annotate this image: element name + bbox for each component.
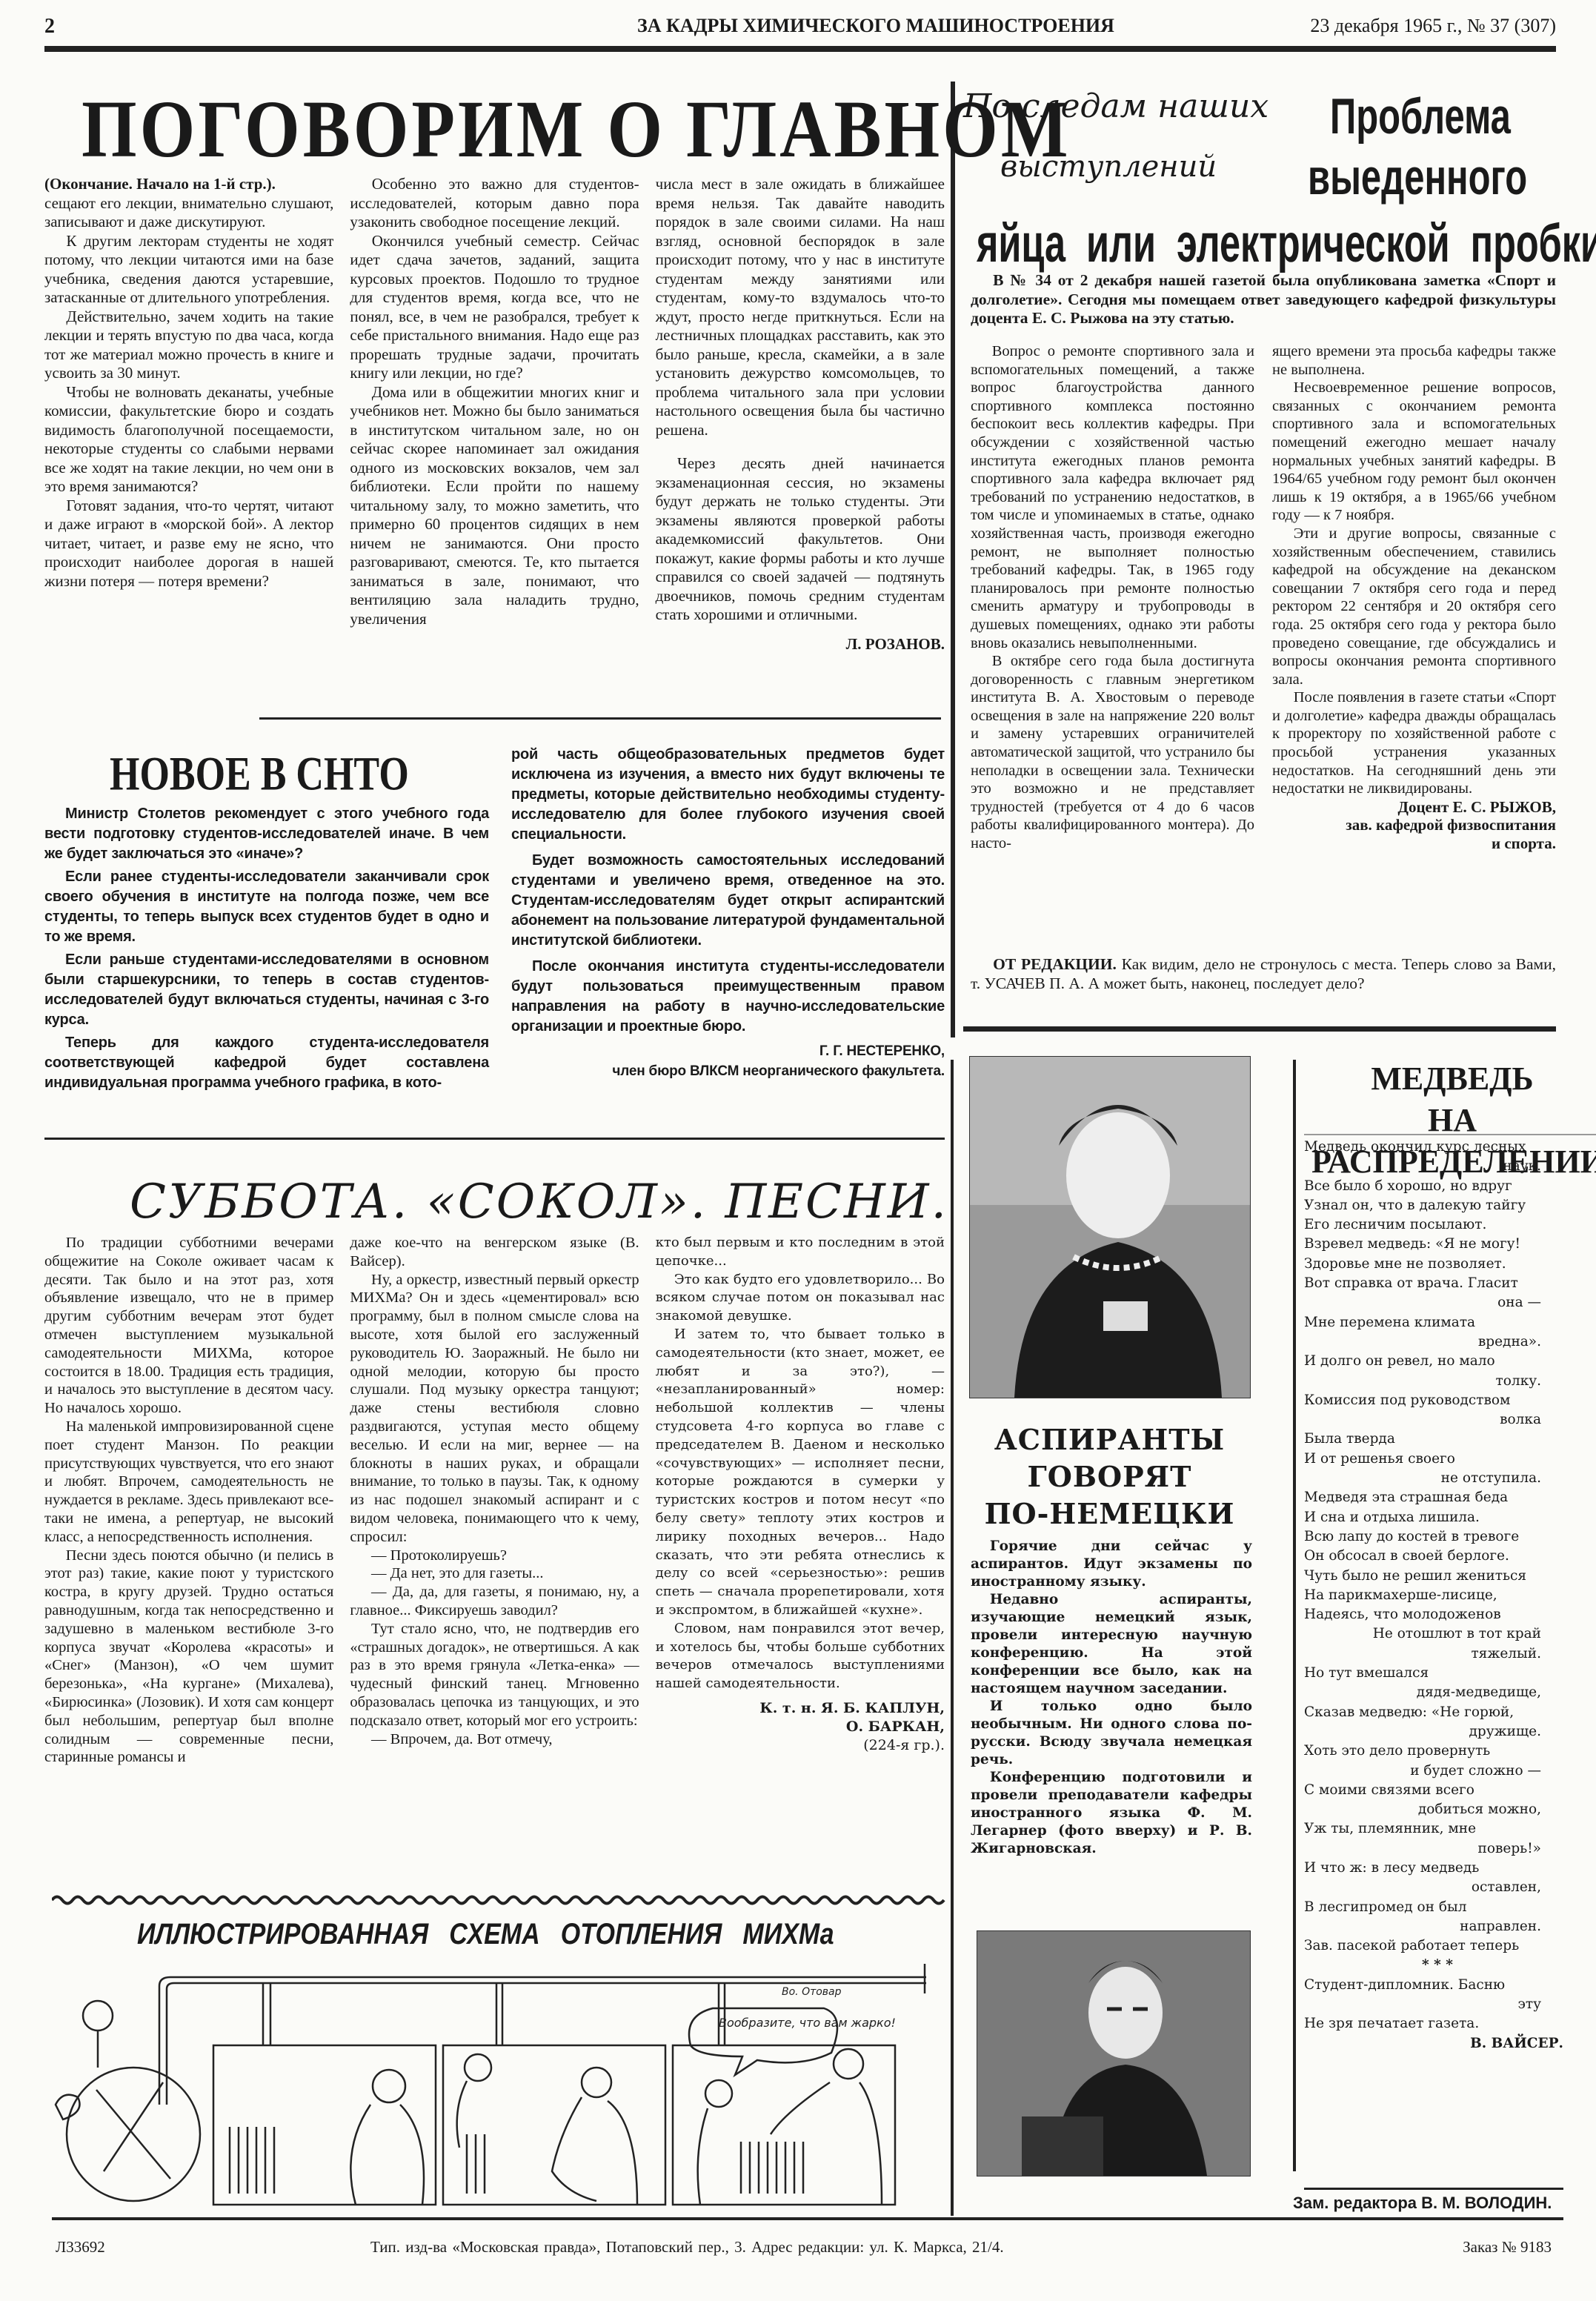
egg-headline-1: Проблема <box>1330 87 1511 145</box>
aspirants-headline: АСПИРАНТЫ ГОВОРЯТ ПО-НЕМЕЦКИ <box>967 1421 1252 1533</box>
newspaper-title: ЗА КАДРЫ ХИМИЧЕСКОГО МАШИНОСТРОЕНИЯ <box>637 15 1114 37</box>
bear-byline: В. ВАЙСЕР. <box>1304 2034 1571 2053</box>
poem-line: поверь!» <box>1304 1839 1571 1859</box>
poem-line: волка <box>1304 1410 1571 1430</box>
poem-line: На парикмахерше-лисице, <box>1304 1586 1571 1605</box>
section-rule <box>963 1026 1556 1032</box>
poem-line: Сказав медведю: «Не горюй, <box>1304 1703 1571 1722</box>
poem-line: толку. <box>1304 1372 1571 1391</box>
poem-line: Все было б хорошо, но вдруг <box>1304 1177 1571 1196</box>
poem-separator: * * * <box>1304 1956 1571 1975</box>
poem-line: Его лесничим посылают. <box>1304 1215 1571 1235</box>
photo-lecturer <box>977 1930 1251 2177</box>
poem-line: Узнал он, что в далекую тайгу <box>1304 1196 1571 1215</box>
article-sokol: По традиции субботними вечерами общежити… <box>44 1234 945 1767</box>
main-col-2: Особенно это важно для студентов-исследо… <box>350 175 639 654</box>
poem-line: Медведя эта страшная беда <box>1304 1488 1571 1507</box>
egg-kicker-2: выступлений <box>1000 150 1217 184</box>
sokol-col-2: даже кое-что на венгерском языке (В. Вай… <box>350 1234 639 1767</box>
poem-line: Зав. пасекой работает теперь <box>1304 1936 1571 1956</box>
article-main: (Окончание. Начало на 1-й стр.). сещают … <box>44 175 945 654</box>
poem-line: Хоть это дело провернуть <box>1304 1741 1571 1761</box>
poem-line: С моими связями всего <box>1304 1781 1571 1800</box>
sokol-col-3: кто был первым и кто последним в этой це… <box>656 1234 945 1767</box>
main-headline: ПОГОВОРИМ О ГЛАВНОМ <box>82 82 1071 176</box>
poem-line: наук. <box>1304 1157 1571 1176</box>
poem-line: направлен. <box>1304 1917 1571 1936</box>
poem-line: Вот справка от врача. Гласит <box>1304 1274 1571 1293</box>
poem-line: эту <box>1304 1995 1571 2014</box>
poem-line: дружище. <box>1304 1722 1571 1741</box>
editor-note: ОТ РЕДАКЦИИ. Как видим, дело не стронуло… <box>971 954 1556 993</box>
poem-line: И от решенья своего <box>1304 1450 1571 1469</box>
footer-code: Л33692 <box>56 2238 105 2257</box>
poem-line: Надеясь, что молодоженов <box>1304 1605 1571 1624</box>
poem-line: не отступила. <box>1304 1469 1571 1488</box>
footer-rule <box>52 2217 1563 2220</box>
poem-line: Медведь окончил курс лесных <box>1304 1138 1571 1157</box>
issue-date: 23 декабря 1965 г., № 37 (307) <box>1310 15 1556 37</box>
poem-line: Студент-дипломник. Басню <box>1304 1976 1571 1995</box>
egg-col-2: ящего времени эта просьба кафедры также … <box>1272 342 1556 853</box>
sokol-headline: СУББОТА. «СОКОЛ». ПЕСНИ. <box>130 1175 948 1229</box>
poem-line: и будет сложно — <box>1304 1762 1571 1781</box>
egg-lead: В № 34 от 2 декабря нашей газетой была о… <box>971 271 1556 328</box>
aspirants-body: Горячие дни сейчас у аспирантов. Идут эк… <box>971 1538 1252 1858</box>
wavy-separator <box>52 1893 948 1907</box>
sokol-col-1: По традиции субботними вечерами общежити… <box>44 1234 333 1767</box>
photo-teacher <box>969 1056 1251 1398</box>
poem-line: Чуть было не решил жениться <box>1304 1567 1571 1586</box>
footer-order: Заказ № 9183 <box>1463 2238 1552 2257</box>
poem-line: Не зря печатает газета. <box>1304 2014 1571 2033</box>
snto-headline: НОВОЕ В СНТО <box>110 747 409 802</box>
snto-col-1: Министр Столетов рекомендует с этого уче… <box>44 804 489 1093</box>
bear-poem: Медведь окончил курс лесныхнаук.Все было… <box>1304 1138 1571 2053</box>
poem-line: добиться можно, <box>1304 1800 1571 1819</box>
poem-line: Он обсосал в своей берлоге. <box>1304 1547 1571 1566</box>
cartoon-title: ИЛЛЮСТРИРОВАННАЯ СХЕМА ОТОПЛЕНИЯ МИХМа <box>137 1918 834 1951</box>
poem-line: Всю лапу до костей в тревоге <box>1304 1527 1571 1547</box>
section-rule <box>259 717 941 720</box>
poem-line: Была тверда <box>1304 1430 1571 1449</box>
poem-line: И долго он ревел, но мало <box>1304 1352 1571 1371</box>
svg-text:Во. Отовар: Во. Отовар <box>782 1986 842 1998</box>
poem-line: Взревел медведь: «Я не могу! <box>1304 1235 1571 1254</box>
masthead-rule <box>44 46 1556 52</box>
poem-line: Уж ты, племянник, мне <box>1304 1819 1571 1839</box>
column-divider-lower <box>951 1060 954 2216</box>
section-rule <box>44 1138 945 1140</box>
svg-text:Вообразите, что вам жарко!: Вообразите, что вам жарко! <box>719 2016 896 2030</box>
bear-rule <box>1304 1134 1596 1135</box>
poem-line: Не отошлют в тот край <box>1304 1624 1571 1644</box>
main-col-1: (Окончание. Начало на 1-й стр.). сещают … <box>44 175 333 654</box>
snto-col-2: рой часть общеобразовательных предметов … <box>511 745 945 1081</box>
poem-line: оставлен, <box>1304 1878 1571 1897</box>
column-divider <box>951 82 955 1037</box>
poem-line: вредна». <box>1304 1332 1571 1352</box>
poem-line: И сна и отдыха лишила. <box>1304 1508 1571 1527</box>
egg-headline-2: выеденного <box>1308 148 1527 206</box>
egg-byline: Доцент Е. С. РЫЖОВ, <box>1272 798 1556 817</box>
egg-headline-3: яйца или электрической пробки <box>977 213 1596 274</box>
egg-col-1: Вопрос о ремонте спортивного зала и вспо… <box>971 342 1254 853</box>
heating-cartoon: Вообразите, что вам жарко! Во. Отовар <box>52 1956 948 2208</box>
editor-credit: Зам. редактора В. М. ВОЛОДИН. <box>1293 2194 1552 2213</box>
poem-line: она — <box>1304 1293 1571 1312</box>
column-divider-right <box>1293 1060 1296 2171</box>
footer-printing: Тип. изд-ва «Московская правда», Потапов… <box>370 2238 1004 2257</box>
poem-line: И что ж: в лесу медведь <box>1304 1859 1571 1878</box>
editor-rule <box>1304 2188 1563 2190</box>
page-number: 2 <box>44 15 55 39</box>
poem-line: В лесгипромед он был <box>1304 1898 1571 1917</box>
poem-line: Комиссия под руководством <box>1304 1391 1571 1410</box>
poem-line: Здоровье мне не позволяет. <box>1304 1255 1571 1274</box>
main-byline: Л. РОЗАНОВ. <box>656 635 945 654</box>
poem-line: тяжелый. <box>1304 1644 1571 1664</box>
poem-line: Мне перемена климата <box>1304 1313 1571 1332</box>
egg-body: Вопрос о ремонте спортивного зала и вспо… <box>971 342 1556 853</box>
poem-line: Но тут вмешался <box>1304 1664 1571 1683</box>
egg-kicker-1: По следам наших <box>963 87 1269 125</box>
poem-line: дядя-медведище, <box>1304 1683 1571 1702</box>
main-col-3: числа мест в зале ожидать в ближайшее вр… <box>656 175 945 654</box>
